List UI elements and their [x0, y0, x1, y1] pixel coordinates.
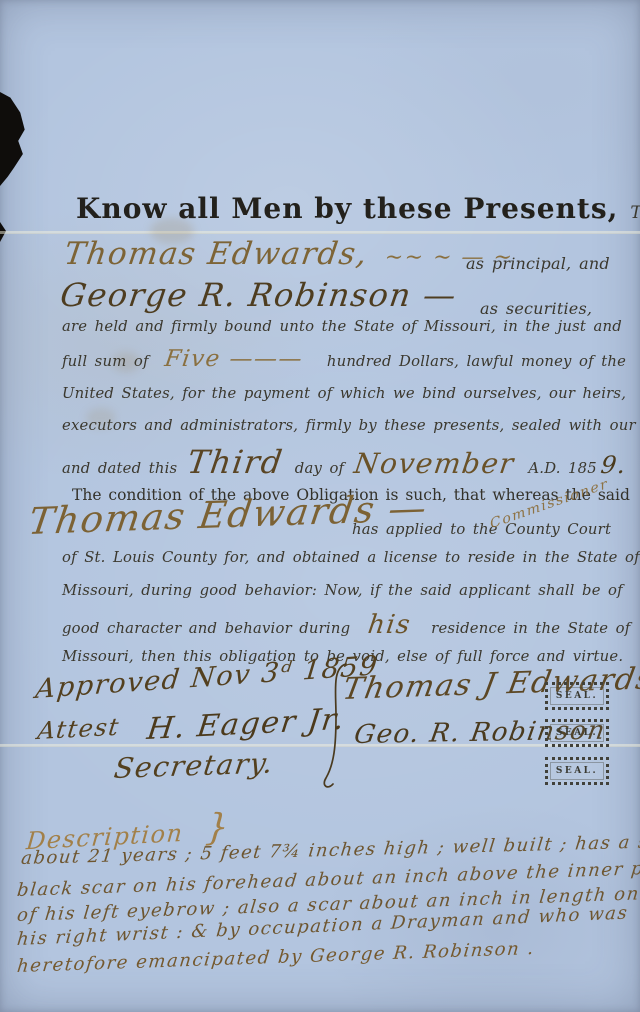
date-year-handwritten: 9.: [599, 451, 629, 479]
condition-line-5-pre: good character and behavior during: [62, 620, 350, 637]
document-scan: Know all Men by these Presents, That We:…: [0, 0, 640, 1012]
condition-line-5: good character and behavior during his r…: [62, 610, 630, 640]
attest-line: Attest H. Eager Jr.: [36, 712, 342, 747]
bond-line-2-pre: full sum of: [62, 353, 149, 370]
bond-amount-handwritten: Five ———: [163, 346, 305, 372]
date-line-mid: day of: [295, 460, 344, 477]
his-handwritten: his: [366, 610, 413, 640]
secretary-handwritten: Secretary.: [112, 746, 276, 785]
bond-line-2: full sum of Five ——— hundred Dollars, la…: [62, 346, 626, 372]
condition-line-5-post: residence in the State of: [431, 620, 630, 637]
bond-date-line: and dated this Third day of November A.D…: [62, 443, 625, 481]
fold-line-upper: [0, 231, 640, 234]
date-day-handwritten: Third: [185, 443, 286, 481]
security-name-handwritten: George R. Robinson —: [58, 276, 460, 314]
principal-label: as principal, and: [466, 254, 610, 273]
principal-name-handwritten: Thomas Edwards,: [62, 236, 370, 272]
condition-line-4: Missouri, during good behavior: Now, if …: [62, 582, 623, 599]
bond-line-2-post: hundred Dollars, lawful money of the: [327, 353, 626, 370]
paper-sheet: Know all Men by these Presents, That We:…: [0, 0, 640, 1012]
attest-handwritten: Attest: [36, 713, 121, 745]
principal-line: Thomas Edwards, ~~ ~ — ~: [62, 236, 512, 272]
seal-stamp-2: SEAL.: [545, 719, 609, 747]
document-title: Know all Men by these Presents,: [76, 192, 618, 225]
seal-label: SEAL.: [556, 691, 598, 701]
seal-label: SEAL.: [556, 728, 598, 738]
seal-stamp-3: SEAL.: [545, 757, 609, 785]
condition-line-3: of St. Louis County for, and obtained a …: [62, 549, 640, 566]
bond-line-3: United States, for the payment of which …: [62, 385, 626, 402]
document-title-row: Know all Men by these Presents, That We:: [76, 192, 640, 225]
bond-line-4: executors and administrators, firmly by …: [62, 417, 640, 434]
date-month-handwritten: November: [352, 447, 517, 480]
bond-line-1: are held and firmly bound unto the State…: [62, 318, 622, 335]
seal-label: SEAL.: [556, 766, 598, 776]
seal-stamp-1: SEAL.: [545, 682, 609, 710]
torn-edge-top-left: [0, 92, 26, 186]
date-line-pre: and dated this: [62, 460, 177, 477]
title-suffix: That We:: [630, 203, 640, 223]
security-label: as securities,: [480, 299, 592, 318]
date-line-post: A.D. 185: [528, 460, 596, 477]
condition-line-2: has applied to the County Court: [352, 521, 611, 538]
